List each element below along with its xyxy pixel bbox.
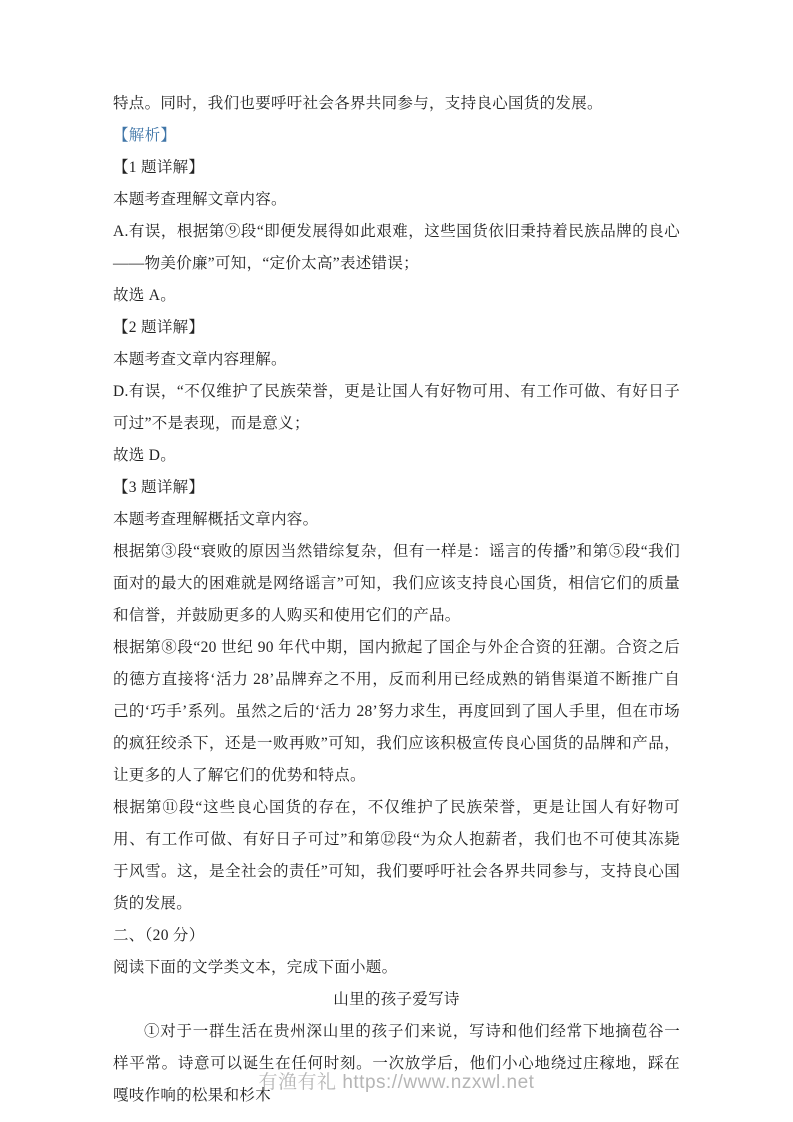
- document-body: 特点。同时，我们也要呼吁社会各界共同参与，支持良心国货的发展。 【解析】 【1 …: [113, 88, 680, 1112]
- q1-detail-heading: 【1 题详解】: [113, 152, 680, 184]
- q1-answer: 故选 A。: [113, 280, 680, 312]
- analysis-label: 【解析】: [113, 120, 680, 152]
- reading-instruction: 阅读下面的文学类文本，完成下面小题。: [113, 952, 680, 984]
- passage-title: 山里的孩子爱写诗: [113, 984, 680, 1016]
- q3-analysis-para-3: 根据第⑪段“这些良心国货的存在，不仅维护了民族荣誉，更是让国人有好物可用、有工作…: [113, 792, 680, 920]
- q2-exam-point: 本题考查文章内容理解。: [113, 344, 680, 376]
- passage-paragraph-1: ①对于一群生活在贵州深山里的孩子们来说，写诗和他们经常下地摘苞谷一样平常。诗意可…: [113, 1016, 680, 1112]
- section-2-heading: 二、（20 分）: [113, 920, 680, 952]
- document-page: 特点。同时，我们也要呼吁社会各界共同参与，支持良心国货的发展。 【解析】 【1 …: [0, 0, 793, 1122]
- q3-detail-heading: 【3 题详解】: [113, 472, 680, 504]
- q2-detail-heading: 【2 题详解】: [113, 312, 680, 344]
- q3-analysis-para-1: 根据第③段“衰败的原因当然错综复杂，但有一样是：谣言的传播”和第⑤段“我们面对的…: [113, 536, 680, 632]
- q2-answer: 故选 D。: [113, 440, 680, 472]
- q1-exam-point: 本题考查理解文章内容。: [113, 184, 680, 216]
- answer-conclusion-line: 特点。同时，我们也要呼吁社会各界共同参与，支持良心国货的发展。: [113, 88, 680, 120]
- q2-option-d-analysis: D.有误，“不仅维护了民族荣誉，更是让国人有好物可用、有工作可做、有好日子可过”…: [113, 376, 680, 440]
- watermark-footer: 有渔有礼 https://www.nzxwl.net: [0, 1067, 793, 1094]
- q3-analysis-para-2: 根据第⑧段“20 世纪 90 年代中期，国内掀起了国企与外企合资的狂潮。合资之后…: [113, 632, 680, 792]
- q1-option-a-analysis: A.有误，根据第⑨段“即便发展得如此艰难，这些国货依旧秉持着民族品牌的良心——物…: [113, 216, 680, 280]
- q3-exam-point: 本题考查理解概括文章内容。: [113, 504, 680, 536]
